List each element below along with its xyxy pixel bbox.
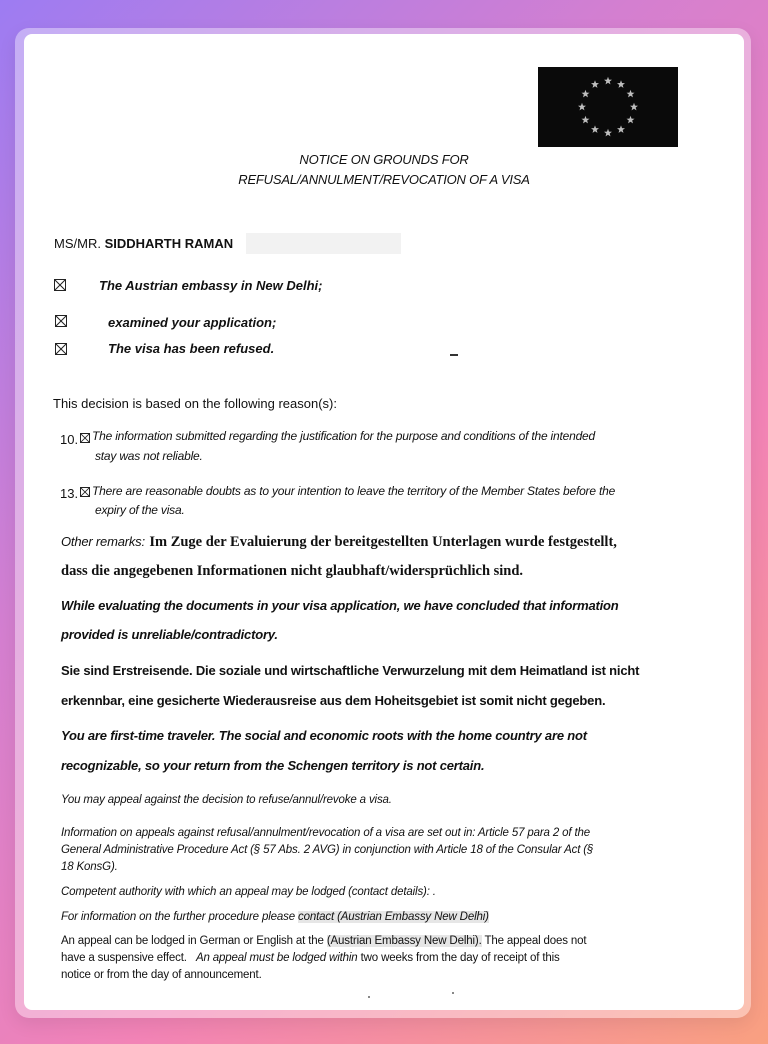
check-item-refused: The visa has been refused. [108,341,274,356]
remarks-de-1-line1: Other remarks: Im Zuge der Evaluierung d… [61,533,617,551]
competent-authority: Competent authority with which an appeal… [61,886,436,898]
checked-box-icon [54,279,66,291]
appeal-info-line1: Information on appeals against refusal/a… [61,827,590,839]
redacted-name-area [246,233,401,254]
embassy-name: (Austrian Embassy New Delhi). [327,935,482,947]
appeal-info-line2: General Administrative Procedure Act (§ … [61,844,593,856]
reason-text-line2: stay was not reliable. [95,449,203,463]
checked-box-icon [55,343,67,355]
appeal-info-line3: 18 KonsG). [61,861,118,873]
lodge-line2-prefix: have a suspensive effect. [61,952,187,964]
salutation-prefix: MS/MR. [54,236,101,251]
lodge-line3: notice or from the day of announcement. [61,969,262,981]
lodge-line2-suffix: two weeks from the day of receipt of thi… [361,952,560,964]
checked-box-icon [80,433,90,443]
visa-refusal-notice: NOTICE ON GROUNDS FOR REFUSAL/ANNULMENT/… [24,34,744,1010]
notice-title-line2: REFUSAL/ANNULMENT/REVOCATION OF A VISA [24,172,744,187]
lodge-line1-prefix: An appeal can be lodged in German or Eng… [61,935,324,947]
lodge-line2-italic: An appeal must be lodged within [196,952,358,964]
remarks-de-1-line2: dass die angegebenen Informationen nicht… [61,563,523,580]
remarks-en-2-line1: You are first-time traveler. The social … [61,728,587,743]
check-item-embassy: The Austrian embassy in New Delhi; [99,278,322,293]
reason-text-line2: expiry of the visa. [95,503,185,517]
notice-title-line1: NOTICE ON GROUNDS FOR [24,152,744,167]
scan-speck [368,996,370,998]
scan-mark [450,354,458,356]
reasons-intro: This decision is based on the following … [53,396,337,411]
appeal-note: You may appeal against the decision to r… [61,794,392,806]
reason-text-line1: The information submitted regarding the … [92,429,595,443]
remarks-en-2-line2: recognizable, so your return from the Sc… [61,758,484,773]
checked-box-icon [80,487,90,497]
scan-speck [452,992,454,994]
remarks-en-1-line1: While evaluating the documents in your v… [61,598,619,613]
check-item-examined: examined your application; [108,315,276,330]
remarks-en-1-line2: provided is unreliable/contradictory. [61,627,278,642]
lodge-line2: have a suspensive effect. An appeal must… [61,952,560,964]
applicant-name: SIDDHARTH RAMAN [105,236,234,251]
reason-text-line1: There are reasonable doubts as to your i… [92,484,615,498]
embassy-contact: contact (Austrian Embassy New Delhi) [298,911,489,923]
reason-number: 13. [60,486,78,501]
remarks-de-2-line1: Sie sind Erstreisende. Die soziale und w… [61,663,639,678]
lodge-line1-suffix: The appeal does not [484,935,586,947]
checked-box-icon [55,315,67,327]
reason-number: 10. [60,432,78,447]
remarks-label: Other remarks: [61,534,145,549]
salutation: MS/MR. SIDDHARTH RAMAN [54,236,233,251]
further-info-prefix: For information on the further procedure… [61,911,295,923]
remarks-de-2-line2: erkennbar, eine gesicherte Wiederausreis… [61,693,605,708]
eu-flag-icon [538,67,678,147]
further-info: For information on the further procedure… [61,911,489,923]
remarks-de-1-text: Im Zuge der Evaluierung der bereitgestel… [149,534,617,550]
lodge-line1: An appeal can be lodged in German or Eng… [61,935,586,947]
